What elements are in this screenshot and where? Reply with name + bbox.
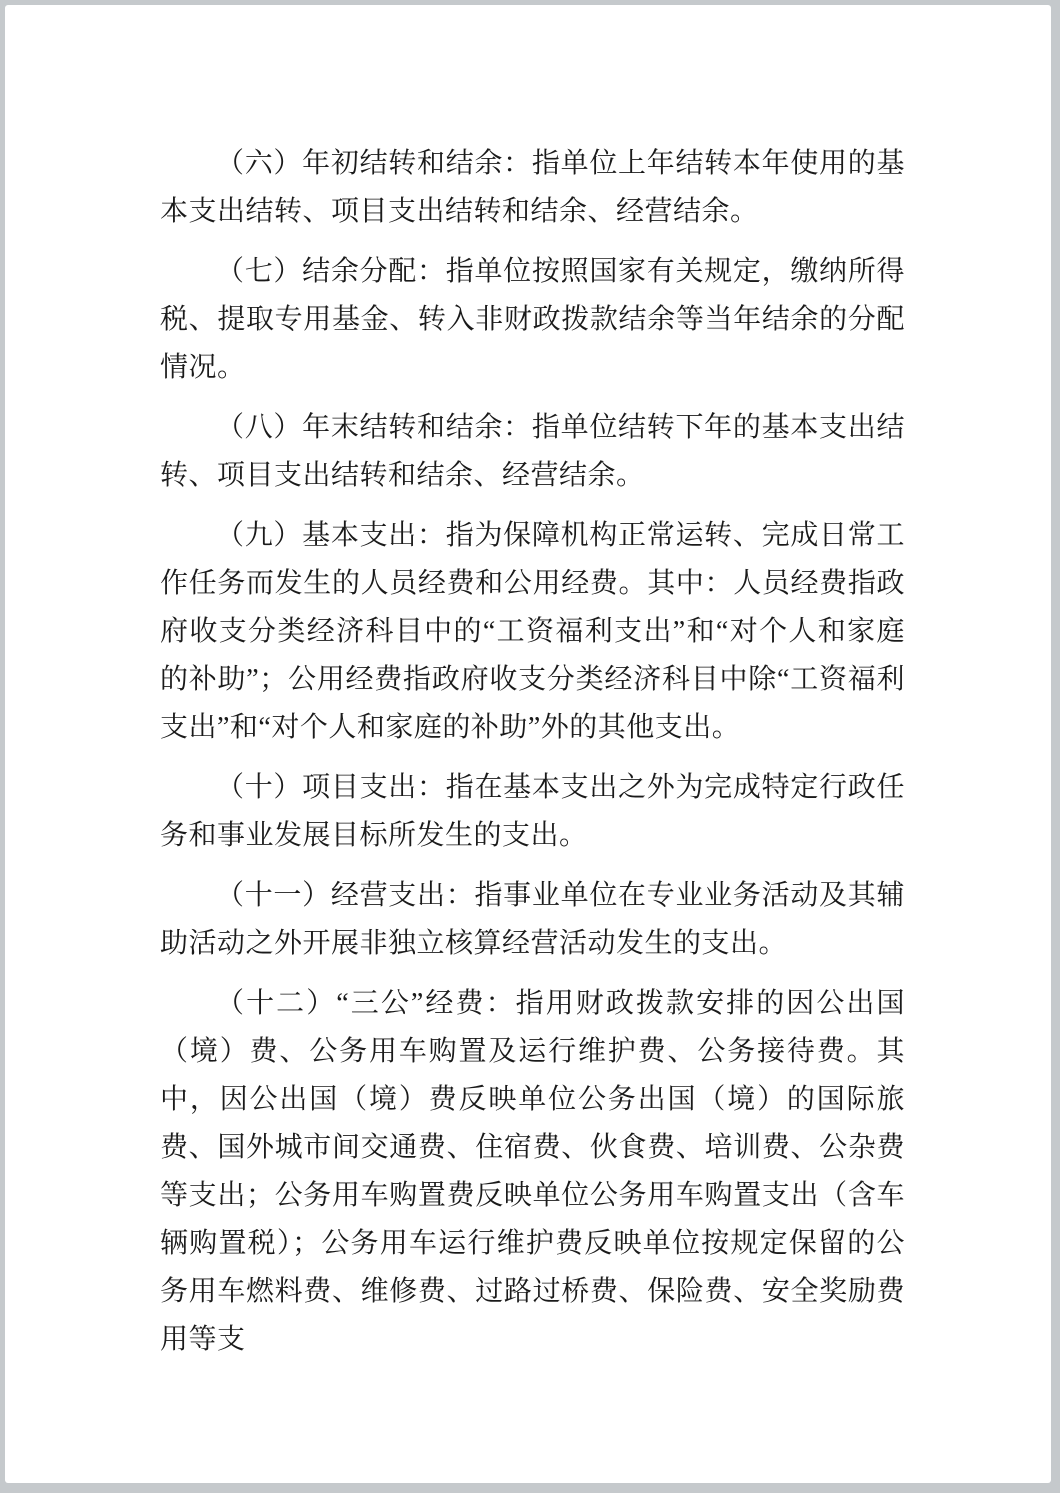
paragraph-item-7: （七）结余分配：指单位按照国家有关规定，缴纳所得税、提取专用基金、转入非财政拨款… (160, 248, 905, 392)
document-page: （六）年初结转和结余：指单位上年结转本年使用的基本支出结转、项目支出结转和结余、… (5, 5, 1051, 1483)
paragraph-item-8: （八）年末结转和结余：指单位结转下年的基本支出结转、项目支出结转和结余、经营结余… (160, 404, 905, 500)
paragraph-item-12: （十二）“三公”经费：指用财政拨款安排的因公出国（境）费、公务用车购置及运行维护… (160, 980, 905, 1364)
paragraph-item-10: （十）项目支出：指在基本支出之外为完成特定行政任务和事业发展目标所发生的支出。 (160, 764, 905, 860)
page-content: （六）年初结转和结余：指单位上年结转本年使用的基本支出结转、项目支出结转和结余、… (5, 5, 1051, 1364)
paragraph-item-11: （十一）经营支出：指事业单位在专业业务活动及其辅助活动之外开展非独立核算经营活动… (160, 872, 905, 968)
paragraph-item-6: （六）年初结转和结余：指单位上年结转本年使用的基本支出结转、项目支出结转和结余、… (160, 140, 905, 236)
paragraph-item-9: （九）基本支出：指为保障机构正常运转、完成日常工作任务而发生的人员经费和公用经费… (160, 512, 905, 752)
